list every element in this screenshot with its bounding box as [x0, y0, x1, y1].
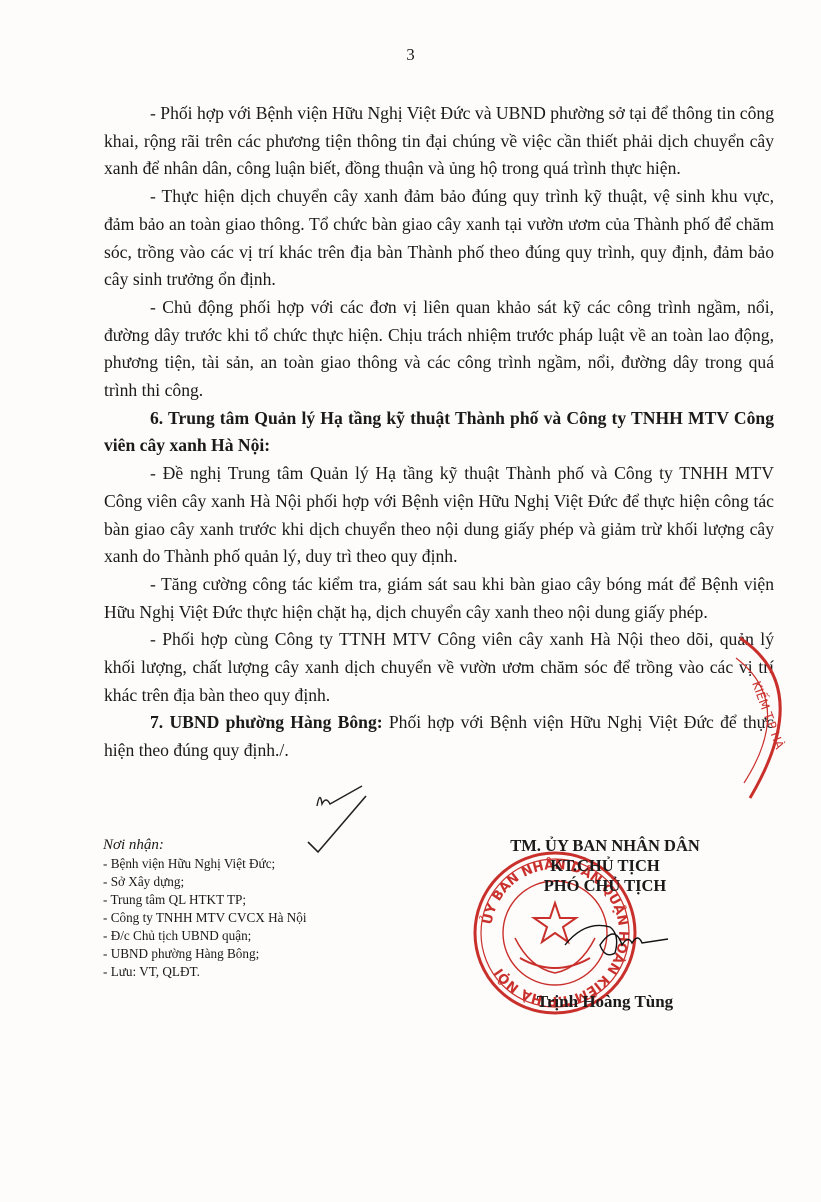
- recipient: - Trung tâm QL HTKT TP;: [103, 891, 307, 909]
- signature-line: TM. ỦY BAN NHÂN DÂN: [468, 836, 742, 856]
- recipients-title: Nơi nhận:: [103, 835, 307, 855]
- recipient: - Bệnh viện Hữu Nghị Việt Đức;: [103, 855, 307, 873]
- checkmark-icon: [300, 790, 370, 860]
- recipient: - Lưu: VT, QLĐT.: [103, 963, 307, 981]
- section-7: 7. UBND phường Hàng Bông: Phối hợp với B…: [104, 709, 774, 764]
- recipient: - UBND phường Hàng Bông;: [103, 945, 307, 963]
- section-heading: 6. Trung tâm Quản lý Hạ tầng kỹ thuật Th…: [104, 408, 774, 456]
- handwritten-signature-icon: [560, 915, 670, 960]
- page-number: 3: [0, 45, 821, 65]
- paragraph: - Phối hợp với Bệnh viện Hữu Nghị Việt Đ…: [104, 100, 774, 183]
- signer-name: Trịnh Hoàng Tùng: [490, 992, 720, 1012]
- svg-text:KIẾM T.P HÀ: KIẾM T.P HÀ: [749, 679, 789, 752]
- document-body: - Phối hợp với Bệnh viện Hữu Nghị Việt Đ…: [104, 100, 774, 765]
- recipients-list: Nơi nhận: - Bệnh viện Hữu Nghị Việt Đức;…: [103, 835, 307, 981]
- signature-block: TM. ỦY BAN NHÂN DÂN KT.CHỦ TỊCH PHÓ CHỦ …: [468, 836, 742, 896]
- paragraph: - Tăng cường công tác kiểm tra, giám sát…: [104, 571, 774, 626]
- recipient: - Công ty TNHH MTV CVCX Hà Nội: [103, 909, 307, 927]
- section-6-heading: 6. Trung tâm Quản lý Hạ tầng kỹ thuật Th…: [104, 405, 774, 460]
- paragraph: - Phối hợp cùng Công ty TTNH MTV Công vi…: [104, 626, 774, 709]
- signature-line: KT.CHỦ TỊCH: [468, 856, 742, 876]
- paragraph: - Thực hiện dịch chuyển cây xanh đảm bảo…: [104, 183, 774, 294]
- recipient: - Đ/c Chủ tịch UBND quận;: [103, 927, 307, 945]
- section-heading: 7. UBND phường Hàng Bông:: [150, 712, 383, 732]
- seal-edge-icon: KIẾM T.P HÀ: [700, 628, 820, 808]
- paragraph: - Chủ động phối hợp với các đơn vị liên …: [104, 294, 774, 405]
- paragraph: - Đề nghị Trung tâm Quản lý Hạ tầng kỹ t…: [104, 460, 774, 571]
- recipient: - Sở Xây dựng;: [103, 873, 307, 891]
- signature-line: PHÓ CHỦ TỊCH: [468, 876, 742, 896]
